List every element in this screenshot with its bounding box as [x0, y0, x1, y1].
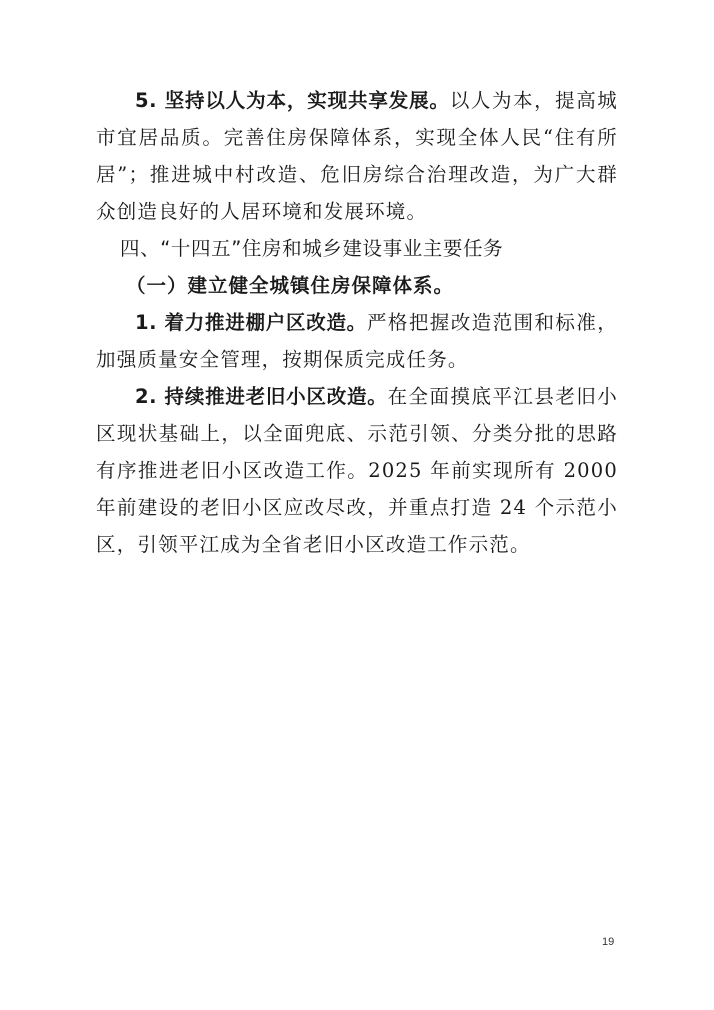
subsection-heading: （一）建立健全城镇住房保障体系。: [96, 267, 618, 304]
document-page: 5. 坚持以人为本，实现共享发展。以人为本，提高城市宜居品质。完善住房保障体系，…: [0, 0, 714, 1010]
paragraph-lead: 5. 坚持以人为本，实现共享发展。: [135, 89, 450, 112]
paragraph-text: 在全面摸底平江县老旧小区现状基础上，以全面兜底、示范引领、分类分批的思路有序推进…: [96, 385, 618, 556]
section-heading: 四、“十四五”住房和城乡建设事业主要任务: [96, 230, 618, 267]
paragraph-lead: 2. 持续推进老旧小区改造。: [135, 385, 388, 408]
paragraph-lead: 1. 着力推进棚户区改造。: [135, 311, 367, 334]
paragraph-shantytown-renovation: 1. 着力推进棚户区改造。严格把握改造范围和标准，加强质量安全管理，按期保质完成…: [96, 304, 618, 378]
paragraph-old-community-renovation: 2. 持续推进老旧小区改造。在全面摸底平江县老旧小区现状基础上，以全面兜底、示范…: [96, 378, 618, 563]
page-number: 19: [602, 936, 614, 948]
paragraph-shared-development: 5. 坚持以人为本，实现共享发展。以人为本，提高城市宜居品质。完善住房保障体系，…: [96, 82, 618, 230]
document-body: 5. 坚持以人为本，实现共享发展。以人为本，提高城市宜居品质。完善住房保障体系，…: [96, 82, 618, 563]
